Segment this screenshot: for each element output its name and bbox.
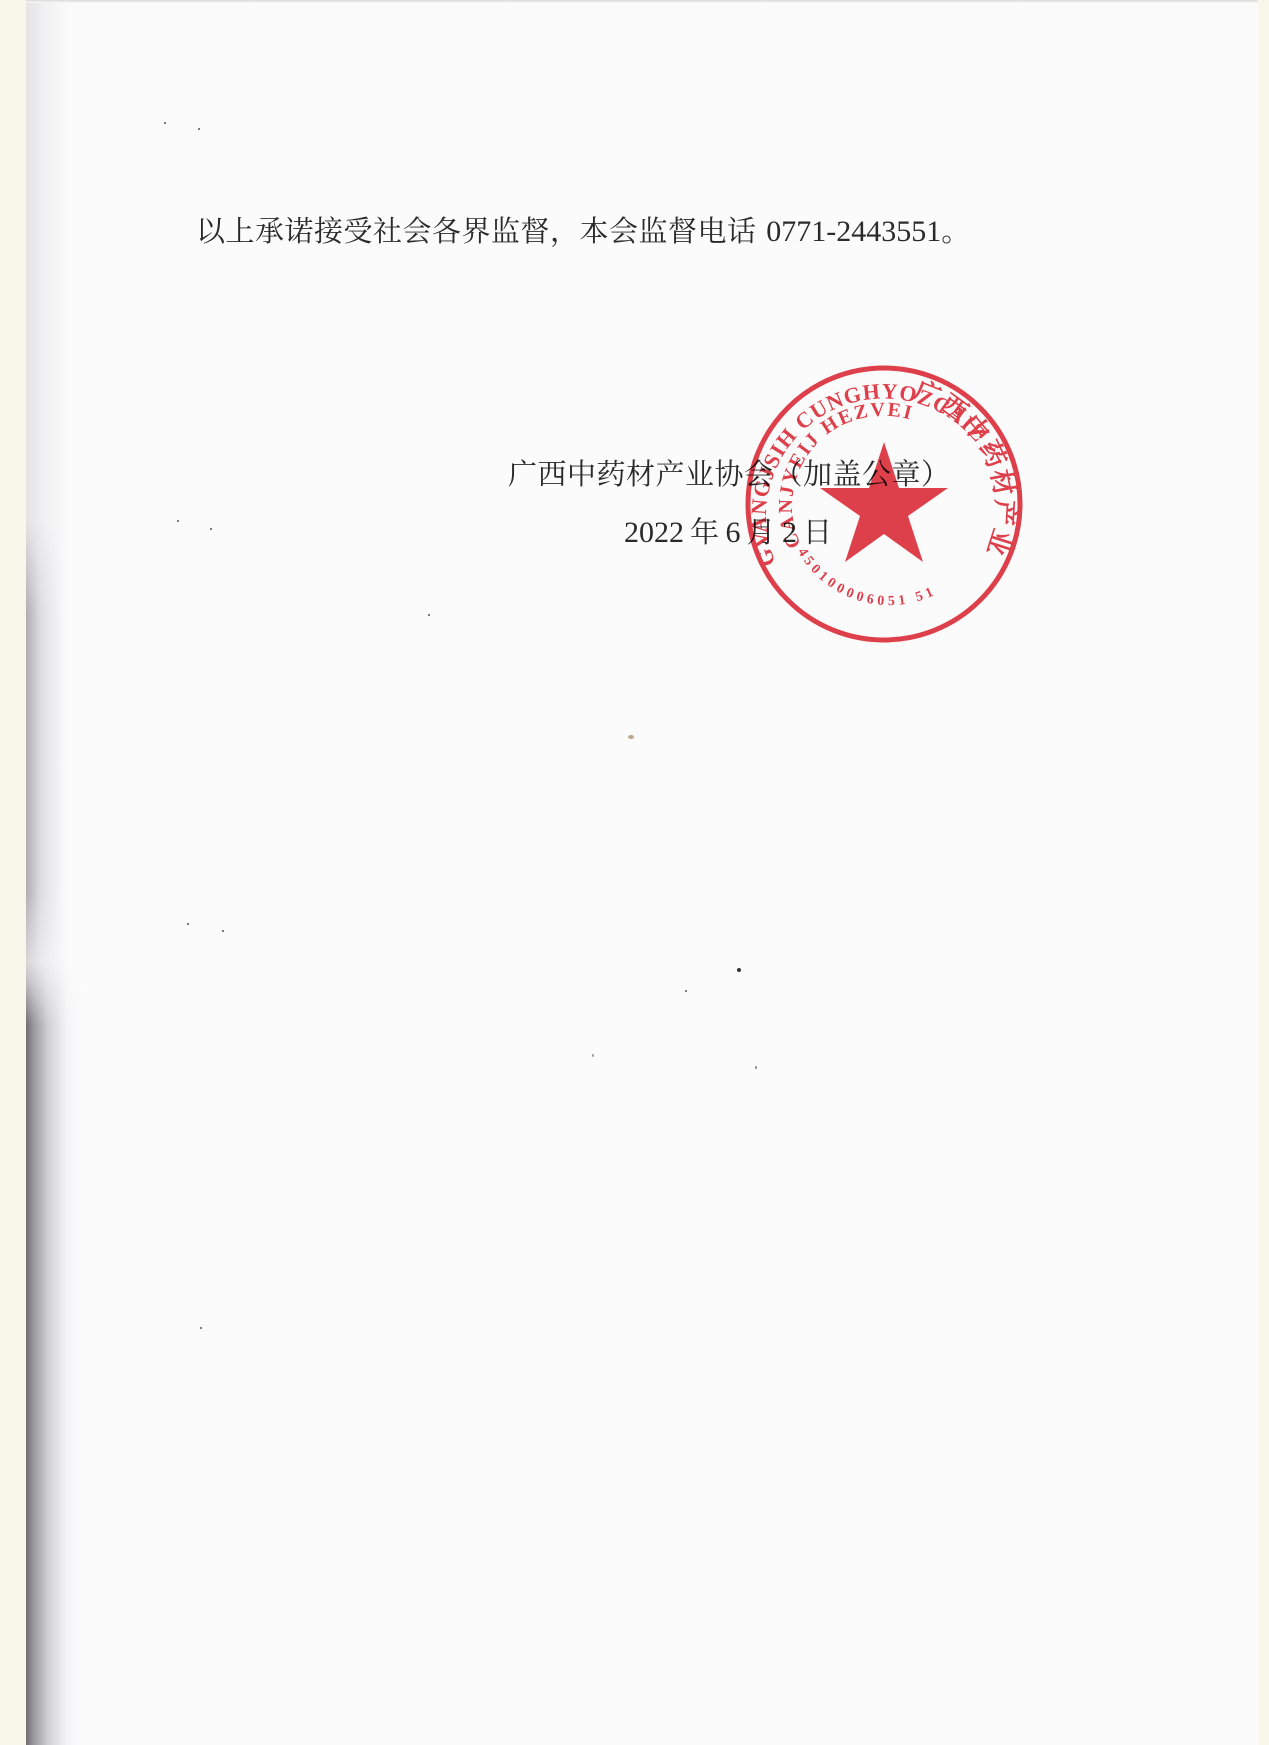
statement-end-punctuation: 。 [941,214,971,248]
date-year-label: 年 [690,515,720,549]
scanned-page: 以上承诺接受社会各界监督，本会监督电话 0771-2443551。 广西中药材产… [0,0,1269,1745]
statement-text: 以上承诺接受社会各界监督，本会监督电话 [196,214,757,248]
date-year: 2022 [624,516,684,549]
scan-shadow [26,522,66,982]
scan-speck [685,990,687,992]
scan-speck [200,1327,202,1329]
official-seal: GVANGJSIH CUNGHYOZCAIZ CANJYEIJ HEZVEI 广… [734,354,1034,654]
phone-number: 0771-2443551 [766,215,941,248]
scan-speck [737,968,741,972]
scan-speck [177,520,179,522]
scan-speck [210,528,212,530]
scan-speck [222,930,224,932]
supervision-statement: 以上承诺接受社会各界监督，本会监督电话 0771-2443551。 [196,209,971,250]
paper-sheet [26,2,1258,1745]
scan-speck [428,614,430,616]
scan-speck [187,923,189,925]
paper-top-edge [26,0,1258,3]
scan-speck [164,122,166,124]
scan-speck [628,735,634,739]
scan-speck [592,1054,594,1057]
scan-speck [755,1066,757,1069]
scan-speck [198,128,200,130]
scan-shadow [26,962,86,1745]
star-icon [820,442,948,562]
